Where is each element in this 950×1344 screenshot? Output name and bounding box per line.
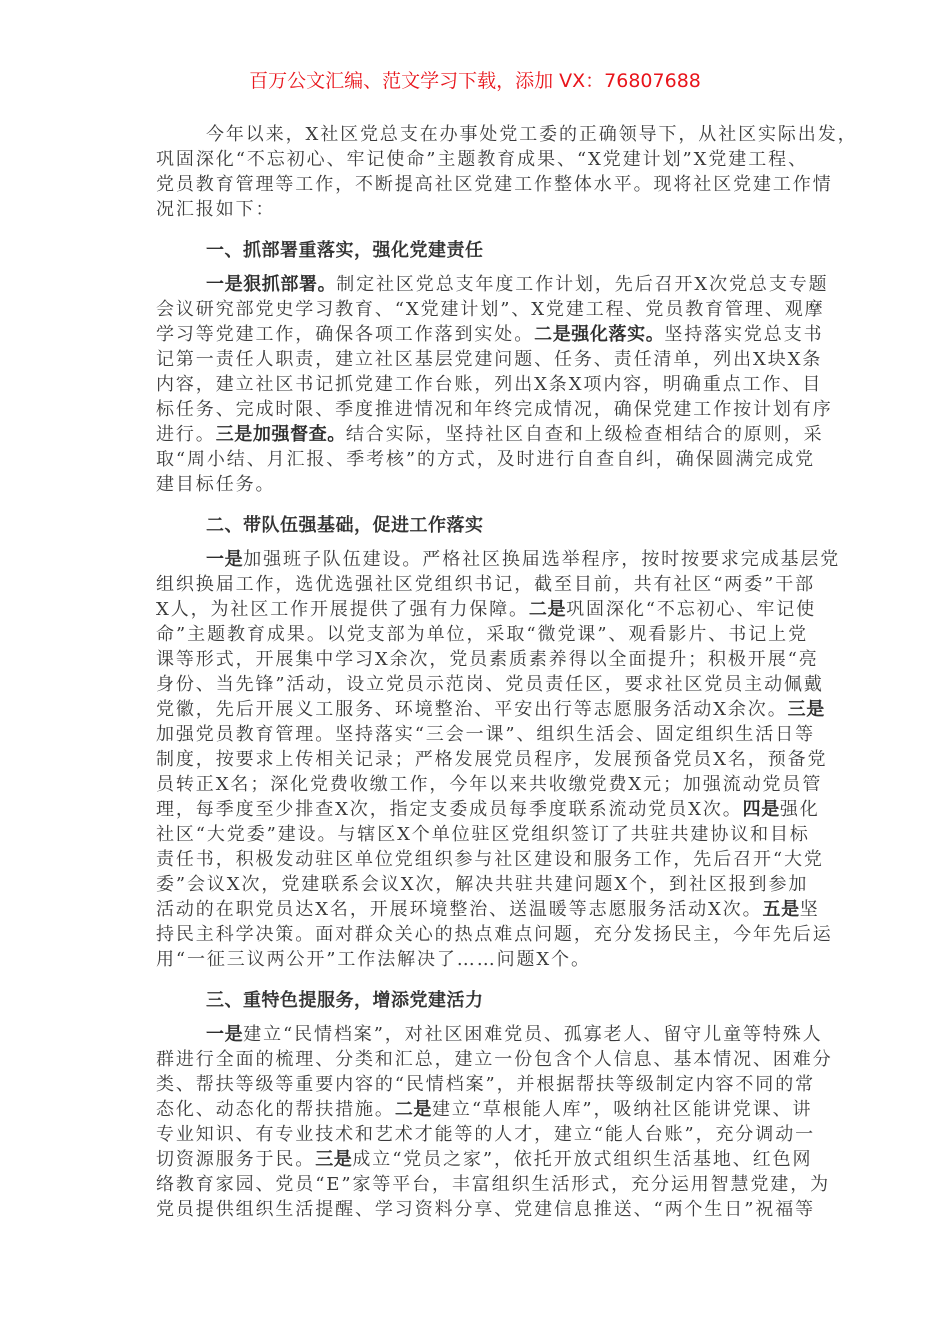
- text-line: 制度，按要求上传相关记录；严格发展党员程序，发展预备党员X名，预备党: [156, 747, 808, 772]
- text-segment: 责任书，积极发动驻区单位党组织参与社区建设和服务工作，先后召开“大党: [156, 849, 824, 870]
- text-line: 组织换届工作，选优选强社区党组织书记，截至目前，共有社区“两委”干部: [156, 572, 808, 597]
- text-line: 持民主科学决策。面对群众关心的热点难点问题，充分发扬民主，今年先后运: [156, 922, 808, 947]
- text-line: 进行。三是加强督查。结合实际，坚持社区自查和上级检查相结合的原则，采: [156, 422, 808, 447]
- text-line: 学习等党建工作，确保各项工作落到实处。二是强化落实。坚持落实党总支书: [156, 322, 808, 347]
- bold-lead-phrase: 一是: [206, 1024, 243, 1045]
- text-line: 会议研究部党史学习教育、“X党建计划”、X党建工程、党员教育管理、观摩: [156, 297, 808, 322]
- text-segment: 学习等党建工作，确保各项工作落到实处。: [156, 324, 534, 345]
- text-segment: 强化: [780, 799, 820, 820]
- text-segment: 巩固深化“不忘初心、牢记使命”主题教育成果、“X党建计划”X党建工程、: [156, 149, 808, 170]
- document-body: 今年以来，X社区党总支在办事处党工委的正确领导下，从社区实际出发，巩固深化“不忘…: [156, 122, 808, 1222]
- text-segment: 况汇报如下：: [156, 199, 275, 220]
- text-segment: 课等形式，开展集中学习X余次，党员素质素养得以全面提升；积极开展“亮: [156, 649, 819, 670]
- bold-lead-phrase: 三是: [315, 1149, 352, 1170]
- bold-lead-phrase: 三是: [788, 699, 825, 720]
- section-heading: 二、带队伍强基础，促进工作落实: [156, 513, 808, 538]
- bold-lead-phrase: 二是: [395, 1099, 432, 1120]
- text-line: 巩固深化“不忘初心、牢记使命”主题教育成果、“X党建计划”X党建工程、: [156, 147, 808, 172]
- text-line: X人，为社区工作开展提供了强有力保障。二是巩固深化“不忘初心、牢记使: [156, 597, 808, 622]
- text-segment: 会议研究部党史学习教育、“X党建计划”、X党建工程、党员教育管理、观摩: [156, 299, 825, 320]
- text-segment: 社区“大党委”建设。与辖区X个单位驻区党组织签订了共驻共建协议和目标: [156, 824, 810, 845]
- text-line: 类、帮扶等级等重要内容的“民情档案”，并根据帮扶等级制定内容不同的常: [156, 1072, 808, 1097]
- text-segment: 取“周小结、月汇报、季考核”的方式，及时进行自查自纠，确保圆满完成党: [156, 449, 815, 470]
- text-segment: 制度，按要求上传相关记录；严格发展党员程序，发展预备党员X名，预备党: [156, 749, 827, 770]
- text-line: 党员提供组织生活提醒、学习资料分享、党建信息推送、“两个生日”祝福等: [156, 1197, 808, 1222]
- text-segment: 持民主科学决策。面对群众关心的热点难点问题，充分发扬民主，今年先后运: [156, 924, 833, 945]
- text-line: 责任书，积极发动驻区单位党组织参与社区建设和服务工作，先后召开“大党: [156, 847, 808, 872]
- text-line: 一是狠抓部署。制定社区党总支年度工作计划，先后召开X次党总支专题: [156, 272, 808, 297]
- text-line: 加强党员教育管理。坚持落实“三会一课”、组织生活会、固定组织生活日等: [156, 722, 808, 747]
- text-segment: 身份、当先锋”活动，设立党员示范岗、党员责任区，要求社区党员主动佩戴: [156, 674, 824, 695]
- text-line: 员转正X名；深化党费收缴工作，今年以来共收缴党费X元；加强流动党员管: [156, 772, 808, 797]
- text-segment: 命”主题教育成果。以党支部为单位，采取“微党课”、观看影片、书记上党: [156, 624, 808, 645]
- text-segment: 用“一征三议两公开”工作法解决了……问题X个。: [156, 949, 591, 970]
- text-line: 一是建立“民情档案”，对社区困难党员、孤寡老人、留守儿童等特殊人: [156, 1022, 808, 1047]
- text-line: 理，每季度至少排查X次，指定支委成员每季度联系流动党员X次。四是强化: [156, 797, 808, 822]
- text-segment: 进行。: [156, 424, 216, 445]
- text-segment: 建立“民情档案”，对社区困难党员、孤寡老人、留守儿童等特殊人: [243, 1024, 822, 1045]
- text-line: 群进行全面的梳理、分类和汇总，建立一份包含个人信息、基本情况、困难分: [156, 1047, 808, 1072]
- text-segment: 建目标任务。: [156, 474, 275, 495]
- text-line: 取“周小结、月汇报、季考核”的方式，及时进行自查自纠，确保圆满完成党: [156, 447, 808, 472]
- text-line: 内容，建立社区书记抓党建工作台账，列出X条X项内容，明确重点工作、目: [156, 372, 808, 397]
- text-line: 活动的在职党员达X名，开展环境整治、送温暖等志愿服务活动X次。五是坚: [156, 897, 808, 922]
- section-paragraph: 一是加强班子队伍建设。严格社区换届选举程序，按时按要求完成基层党组织换届工作，选…: [156, 547, 808, 972]
- text-line: 建目标任务。: [156, 472, 808, 497]
- text-line: 记第一责任人职责，建立社区基层党建问题、任务、责任清单，列出X块X条: [156, 347, 808, 372]
- text-segment: 坚: [800, 899, 820, 920]
- text-line: 委”会议X次，党建联系会议X次，解决共驻共建问题X个，到社区报到参加: [156, 872, 808, 897]
- text-line: 身份、当先锋”活动，设立党员示范岗、党员责任区，要求社区党员主动佩戴: [156, 672, 808, 697]
- text-segment: 内容，建立社区书记抓党建工作台账，列出X条X项内容，明确重点工作、目: [156, 374, 822, 395]
- text-line: 命”主题教育成果。以党支部为单位，采取“微党课”、观看影片、书记上党: [156, 622, 808, 647]
- section-paragraph: 一是狠抓部署。制定社区党总支年度工作计划，先后召开X次党总支专题会议研究部党史学…: [156, 272, 808, 497]
- text-line: 今年以来，X社区党总支在办事处党工委的正确领导下，从社区实际出发，: [156, 122, 808, 147]
- text-line: 况汇报如下：: [156, 197, 808, 222]
- intro-paragraph: 今年以来，X社区党总支在办事处党工委的正确领导下，从社区实际出发，巩固深化“不忘…: [156, 122, 808, 222]
- text-segment: 建立“草根能人库”，吸纳社区能讲党课、讲: [432, 1099, 812, 1120]
- text-segment: 巩固深化“不忘初心、牢记使: [566, 599, 816, 620]
- bold-lead-phrase: 一是狠抓部署。: [206, 274, 336, 295]
- text-segment: 成立“党员之家”，依托开放式组织生活基地、红色网: [352, 1149, 812, 1170]
- text-line: 课等形式，开展集中学习X余次，党员素质素养得以全面提升；积极开展“亮: [156, 647, 808, 672]
- text-segment: 加强班子队伍建设。严格社区换届选举程序，按时按要求完成基层党: [243, 549, 840, 570]
- text-segment: 标任务、完成时限、季度推进情况和年终完成情况，确保党建工作按计划有序: [156, 399, 833, 420]
- text-segment: 类、帮扶等级等重要内容的“民情档案”，并根据帮扶等级制定内容不同的常: [156, 1074, 815, 1095]
- text-segment: 党员教育管理等工作，不断提高社区党建工作整体水平。现将社区党建工作情: [156, 174, 833, 195]
- text-segment: 坚持落实党总支书: [664, 324, 823, 345]
- text-line: 社区“大党委”建设。与辖区X个单位驻区党组织签订了共驻共建协议和目标: [156, 822, 808, 847]
- document-page: 百万公文汇编、范文学习下载，添加 VX：76807688 今年以来，X社区党总支…: [0, 0, 950, 1344]
- text-line: 专业知识、有专业技术和艺术才能等的人才，建立“能人台账”，充分调动一: [156, 1122, 808, 1147]
- text-line: 党徽，先后开展义工服务、环境整治、平安出行等志愿服务活动X余次。三是: [156, 697, 808, 722]
- text-segment: 党徽，先后开展义工服务、环境整治、平安出行等志愿服务活动X余次。: [156, 699, 788, 720]
- text-segment: 制定社区党总支年度工作计划，先后召开X次党总支专题: [336, 274, 828, 295]
- section-heading: 三、重特色提服务，增添党建活力: [156, 988, 808, 1013]
- bold-lead-phrase: 四是: [743, 799, 780, 820]
- watermark-banner: 百万公文汇编、范文学习下载，添加 VX：76807688: [0, 66, 950, 93]
- bold-lead-phrase: 二是: [529, 599, 566, 620]
- text-segment: 群进行全面的梳理、分类和汇总，建立一份包含个人信息、基本情况、困难分: [156, 1049, 833, 1070]
- text-line: 一是加强班子队伍建设。严格社区换届选举程序，按时按要求完成基层党: [156, 547, 808, 572]
- text-segment: 结合实际，坚持社区自查和上级检查相结合的原则，采: [346, 424, 824, 445]
- text-segment: 今年以来，X社区党总支在办事处党工委的正确领导下，从社区实际出发，: [206, 124, 858, 145]
- bold-lead-phrase: 二是强化落实。: [534, 324, 664, 345]
- text-segment: 组织换届工作，选优选强社区党组织书记，截至目前，共有社区“两委”干部: [156, 574, 815, 595]
- text-segment: X人，为社区工作开展提供了强有力保障。: [156, 599, 529, 620]
- section-heading: 一、抓部署重落实，强化党建责任: [156, 238, 808, 263]
- text-segment: 记第一责任人职责，建立社区基层党建问题、任务、责任清单，列出X块X条: [156, 349, 822, 370]
- text-line: 用“一征三议两公开”工作法解决了……问题X个。: [156, 947, 808, 972]
- text-segment: 专业知识、有专业技术和艺术才能等的人才，建立“能人台账”，充分调动一: [156, 1124, 815, 1145]
- text-segment: 态化、动态化的帮扶措施。: [156, 1099, 395, 1120]
- text-segment: 理，每季度至少排查X次，指定支委成员每季度联系流动党员X次。: [156, 799, 743, 820]
- bold-lead-phrase: 五是: [763, 899, 800, 920]
- text-line: 党员教育管理等工作，不断提高社区党建工作整体水平。现将社区党建工作情: [156, 172, 808, 197]
- text-segment: 络教育家园、党员“E”家等平台，丰富组织生活形式，充分运用智慧党建，为: [156, 1174, 830, 1195]
- sections-container: 一、抓部署重落实，强化党建责任一是狠抓部署。制定社区党总支年度工作计划，先后召开…: [156, 238, 808, 1222]
- text-segment: 切资源服务于民。: [156, 1149, 315, 1170]
- text-segment: 委”会议X次，党建联系会议X次，解决共驻共建问题X个，到社区报到参加: [156, 874, 808, 895]
- text-line: 络教育家园、党员“E”家等平台，丰富组织生活形式，充分运用智慧党建，为: [156, 1172, 808, 1197]
- text-segment: 活动的在职党员达X名，开展环境整治、送温暖等志愿服务活动X次。: [156, 899, 763, 920]
- text-line: 标任务、完成时限、季度推进情况和年终完成情况，确保党建工作按计划有序: [156, 397, 808, 422]
- text-segment: 加强党员教育管理。坚持落实“三会一课”、组织生活会、固定组织生活日等: [156, 724, 815, 745]
- text-segment: 员转正X名；深化党费收缴工作，今年以来共收缴党费X元；加强流动党员管: [156, 774, 822, 795]
- text-line: 切资源服务于民。三是成立“党员之家”，依托开放式组织生活基地、红色网: [156, 1147, 808, 1172]
- section-paragraph: 一是建立“民情档案”，对社区困难党员、孤寡老人、留守儿童等特殊人群进行全面的梳理…: [156, 1022, 808, 1222]
- text-segment: 党员提供组织生活提醒、学习资料分享、党建信息推送、“两个生日”祝福等: [156, 1199, 815, 1220]
- bold-lead-phrase: 一是: [206, 549, 243, 570]
- text-line: 态化、动态化的帮扶措施。二是建立“草根能人库”，吸纳社区能讲党课、讲: [156, 1097, 808, 1122]
- bold-lead-phrase: 三是加强督查。: [216, 424, 346, 445]
